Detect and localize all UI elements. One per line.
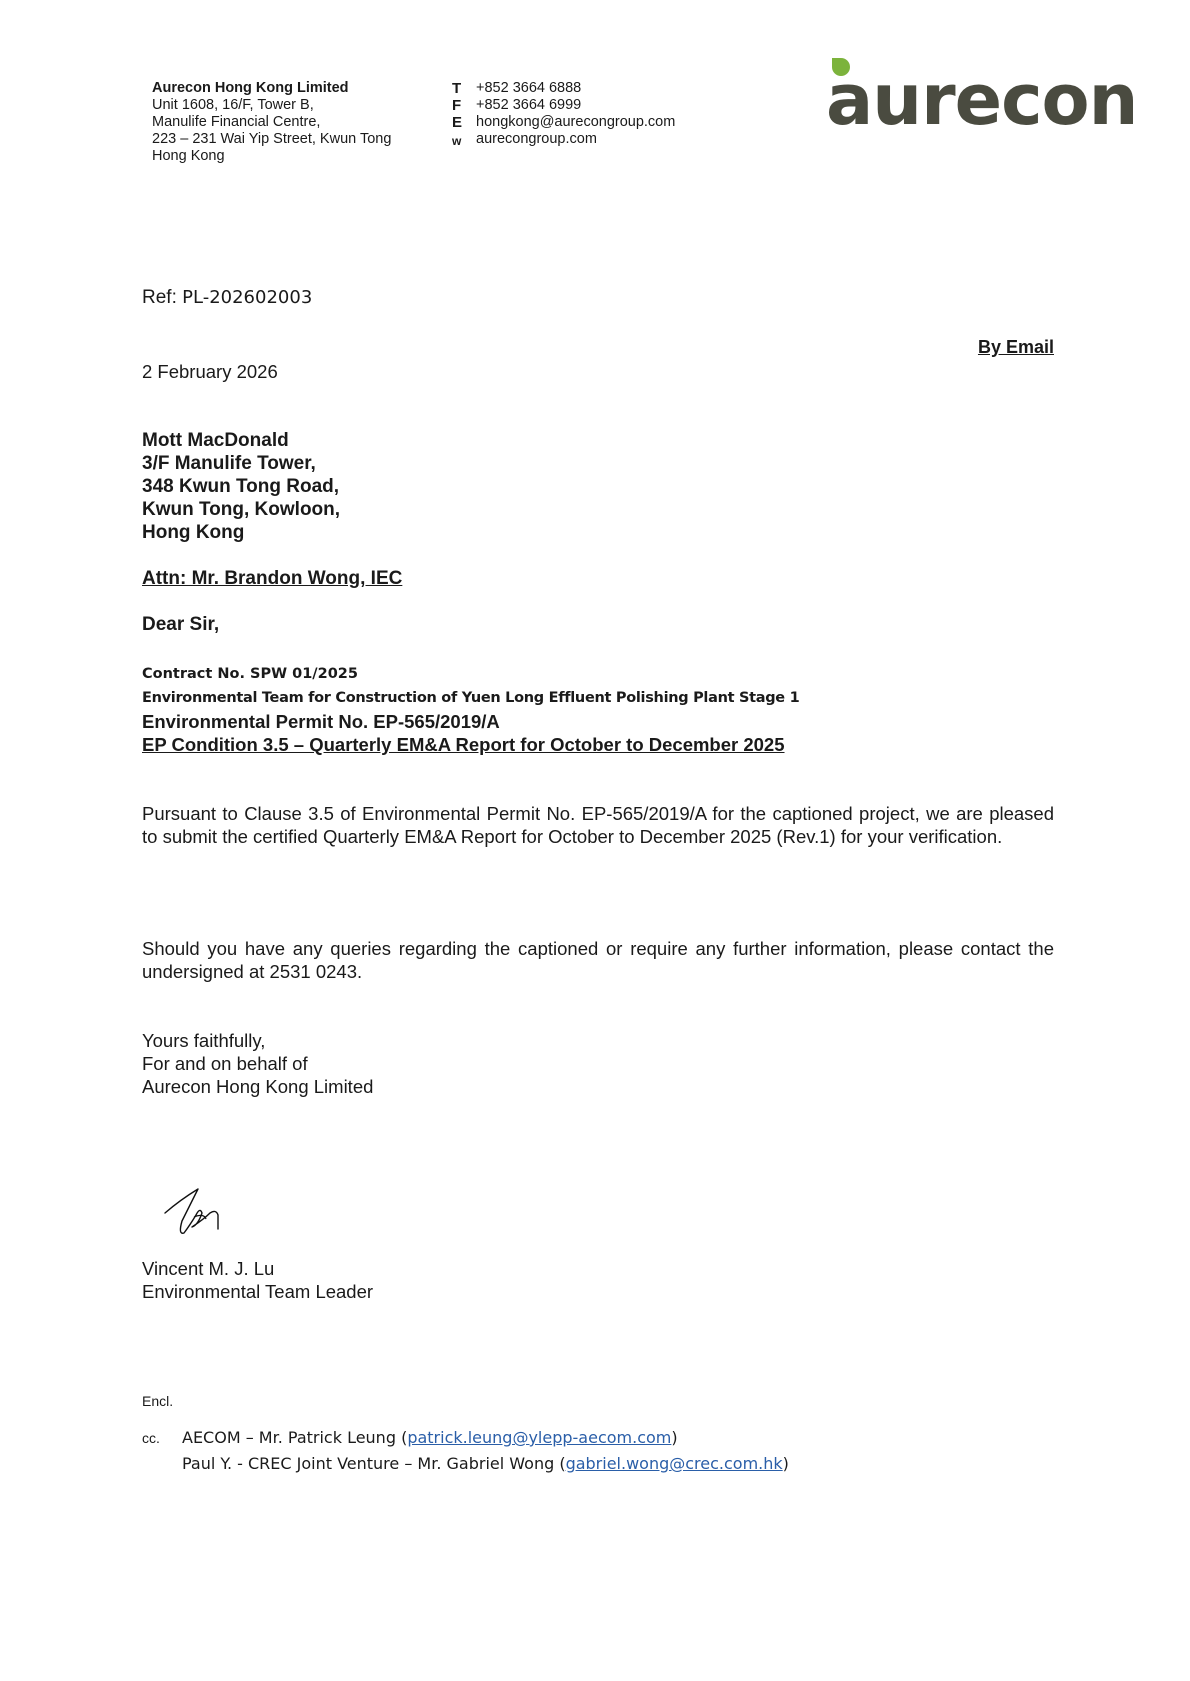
cc-email-link[interactable]: gabriel.wong@crec.com.hk bbox=[566, 1454, 783, 1473]
contract-number: Contract No. SPW 01/2025 bbox=[142, 662, 799, 686]
contact-fax: F +852 3664 6999 bbox=[452, 97, 675, 114]
cc-recipient: AECOM – Mr. Patrick Leung ( bbox=[182, 1428, 407, 1447]
contact-key: E bbox=[452, 114, 476, 131]
logo-wordmark: aurecon bbox=[826, 60, 1138, 140]
address-line: Hong Kong bbox=[152, 148, 391, 165]
signature-image bbox=[160, 1185, 260, 1245]
recipient-line: Mott MacDonald bbox=[142, 429, 340, 452]
contact-web: w aurecongroup.com bbox=[452, 131, 675, 150]
recipient-line: Hong Kong bbox=[142, 521, 340, 544]
contact-value: hongkong@aurecongroup.com bbox=[476, 114, 675, 131]
address-line: 223 – 231 Wai Yip Street, Kwun Tong bbox=[152, 131, 391, 148]
cc-paren: ) bbox=[671, 1428, 677, 1447]
cc-block: cc.AECOM – Mr. Patrick Leung (patrick.le… bbox=[142, 1425, 789, 1476]
subject-block: Contract No. SPW 01/2025 Environmental T… bbox=[142, 662, 799, 756]
attention-line: Attn: Mr. Brandon Wong, IEC bbox=[142, 568, 402, 590]
contact-block: T +852 3664 6888 F +852 3664 6999 E hong… bbox=[452, 80, 675, 150]
contact-phone: T +852 3664 6888 bbox=[452, 80, 675, 97]
body-paragraph-2: Should you have any queries regarding th… bbox=[142, 937, 1054, 983]
cc-recipient: Paul Y. - CREC Joint Venture – Mr. Gabri… bbox=[182, 1454, 566, 1473]
recipient-address: Mott MacDonald 3/F Manulife Tower, 348 K… bbox=[142, 429, 340, 544]
ref-label: Ref: bbox=[142, 287, 177, 308]
signer-block: Vincent M. J. Lu Environmental Team Lead… bbox=[142, 1257, 373, 1303]
address-line: Manulife Financial Centre, bbox=[152, 114, 391, 131]
address-line: Unit 1608, 16/F, Tower B, bbox=[152, 97, 391, 114]
recipient-line: 348 Kwun Tong Road, bbox=[142, 475, 340, 498]
enclosure-note: Encl. bbox=[142, 1393, 173, 1409]
cc-email-link[interactable]: patrick.leung@ylepp-aecom.com bbox=[407, 1428, 671, 1447]
salutation: Dear Sir, bbox=[142, 614, 219, 636]
closing-line: For and on behalf of bbox=[142, 1052, 373, 1075]
aurecon-logo: aurecon bbox=[826, 58, 1146, 138]
ep-condition: EP Condition 3.5 – Quarterly EM&A Report… bbox=[142, 733, 799, 756]
recipient-line: 3/F Manulife Tower, bbox=[142, 452, 340, 475]
contact-key: T bbox=[452, 80, 476, 97]
contact-key: w bbox=[452, 131, 476, 150]
cc-row: Paul Y. - CREC Joint Venture – Mr. Gabri… bbox=[142, 1451, 789, 1476]
contact-value: +852 3664 6888 bbox=[476, 80, 581, 97]
contact-email: E hongkong@aurecongroup.com bbox=[452, 114, 675, 131]
body-paragraph-1: Pursuant to Clause 3.5 of Environmental … bbox=[142, 802, 1054, 848]
signer-title: Environmental Team Leader bbox=[142, 1280, 373, 1303]
permit-number: Environmental Permit No. EP-565/2019/A bbox=[142, 710, 799, 733]
contact-value: aurecongroup.com bbox=[476, 131, 597, 150]
company-name: Aurecon Hong Kong Limited bbox=[152, 80, 391, 97]
cc-paren: ) bbox=[783, 1454, 789, 1473]
closing-line: Yours faithfully, bbox=[142, 1029, 373, 1052]
recipient-line: Kwun Tong, Kowloon, bbox=[142, 498, 340, 521]
contact-value: +852 3664 6999 bbox=[476, 97, 581, 114]
letter-date: 2 February 2026 bbox=[142, 361, 278, 383]
cc-label: cc. bbox=[142, 1426, 182, 1451]
contact-key: F bbox=[452, 97, 476, 114]
delivery-method: By Email bbox=[978, 337, 1054, 358]
project-title: Environmental Team for Construction of Y… bbox=[142, 686, 799, 710]
company-address-block: Aurecon Hong Kong Limited Unit 1608, 16/… bbox=[152, 80, 391, 165]
closing-line: Aurecon Hong Kong Limited bbox=[142, 1075, 373, 1098]
signer-name: Vincent M. J. Lu bbox=[142, 1257, 373, 1280]
ref-number: PL-202602003 bbox=[182, 287, 312, 308]
cc-row: cc.AECOM – Mr. Patrick Leung (patrick.le… bbox=[142, 1425, 789, 1451]
closing-block: Yours faithfully, For and on behalf of A… bbox=[142, 1029, 373, 1098]
reference: Ref: PL-202602003 bbox=[142, 287, 312, 309]
